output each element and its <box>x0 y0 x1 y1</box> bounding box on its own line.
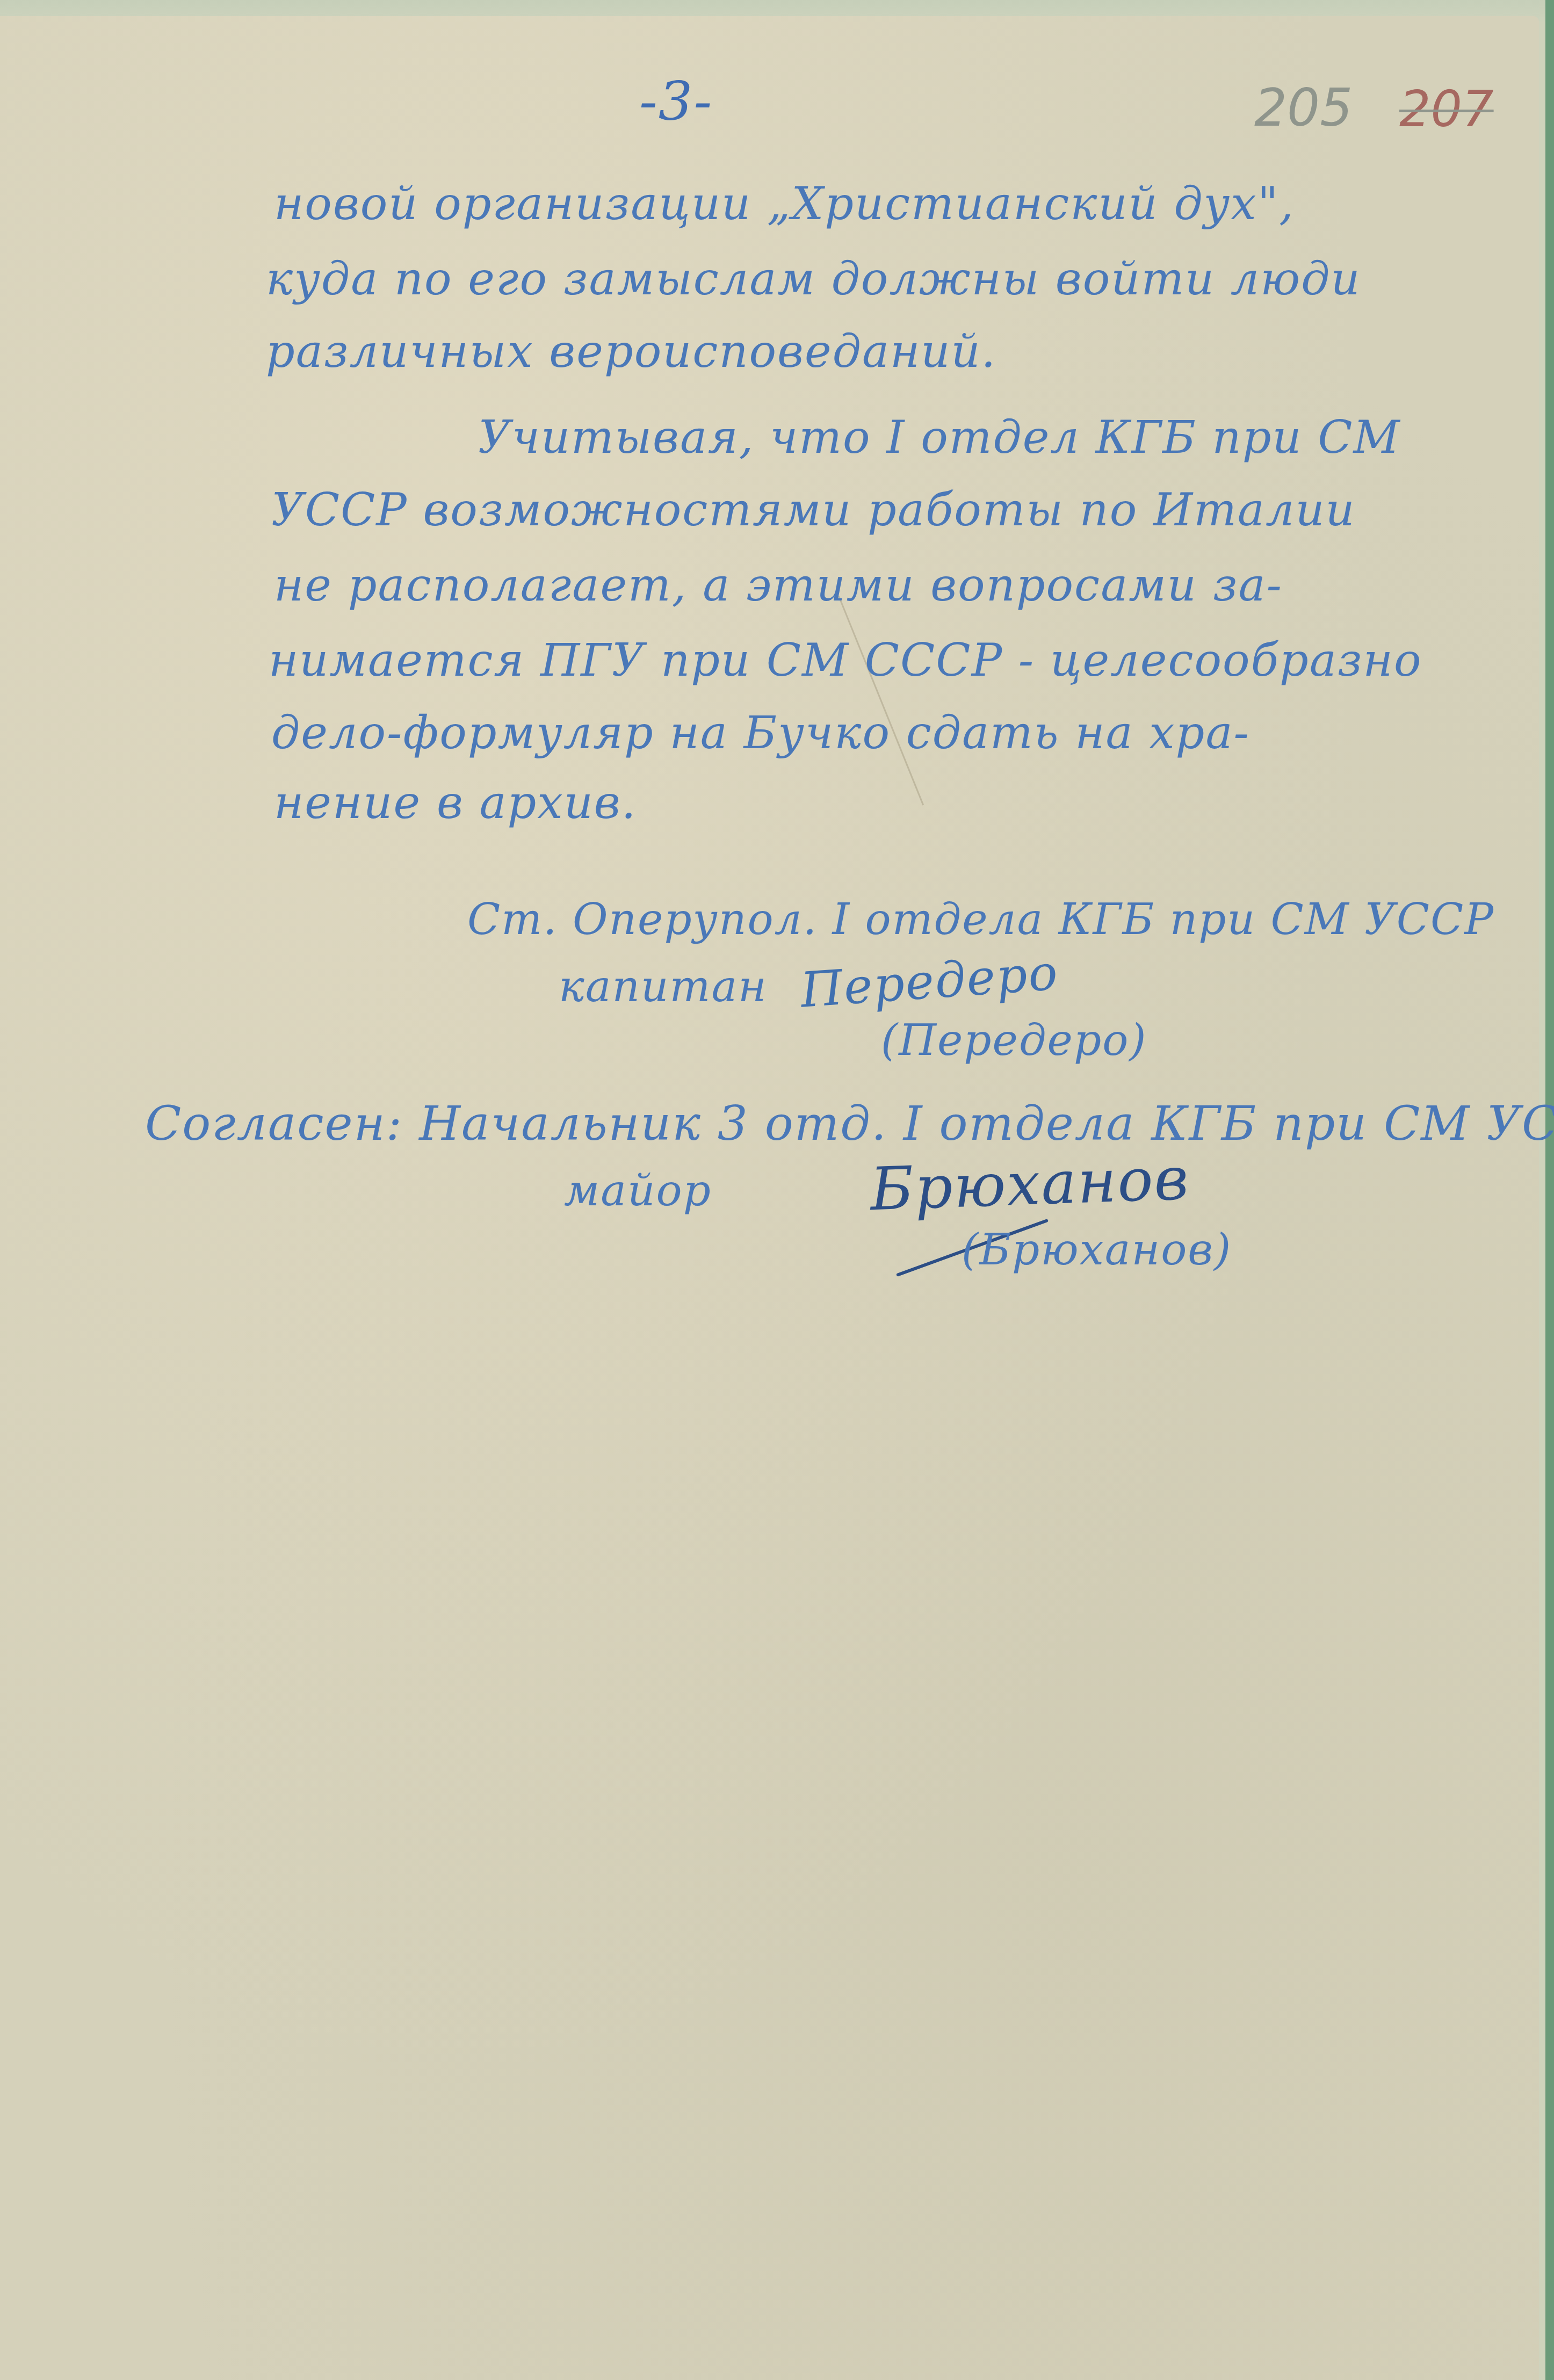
body-line: не располагает, а этими вопросами за- <box>274 559 1283 611</box>
approval-rank: майор <box>564 1166 712 1216</box>
paper-fold-crease <box>838 596 924 806</box>
approval-name: (Брюханов) <box>962 1225 1232 1275</box>
body-line: различных вероисповеданий. <box>266 325 996 378</box>
body-line: куда по его замыслам должны войти люди <box>266 252 1361 305</box>
approval-signature: Брюханов <box>869 1144 1191 1224</box>
page-marker: -3- <box>639 70 713 133</box>
body-line: дело-формуляр на Бучко сдать на хра- <box>271 706 1250 759</box>
body-line: нение в архив. <box>274 776 637 829</box>
officer-position: Ст. Оперупол. I отдела КГБ при СМ УССР <box>467 894 1494 944</box>
archive-page-number-pencil: 205 <box>1254 78 1353 138</box>
officer-rank: капитан <box>559 961 768 1011</box>
body-line: Учитывая, что I отдел КГБ при СМ <box>478 411 1401 464</box>
officer-signature: Передеро <box>799 944 1060 1018</box>
document-scan: -3- 205 207 новой организации „Христианс… <box>0 0 1554 2380</box>
document-sheet: -3- 205 207 новой организации „Христианс… <box>0 16 1539 2380</box>
body-line: нимается ПГУ при СМ СССР - целесообразно <box>269 634 1422 686</box>
body-line: УССР возможностями работы по Италии <box>271 483 1356 536</box>
officer-name: (Передеро) <box>881 1015 1147 1065</box>
folder-edge <box>1545 0 1554 2380</box>
approval-label: Согласен: Начальник 3 отд. I отдела КГБ … <box>145 1096 1554 1151</box>
body-line: новой организации „Христианский дух", <box>274 177 1295 230</box>
archive-page-number-crossed: 207 <box>1399 81 1494 138</box>
